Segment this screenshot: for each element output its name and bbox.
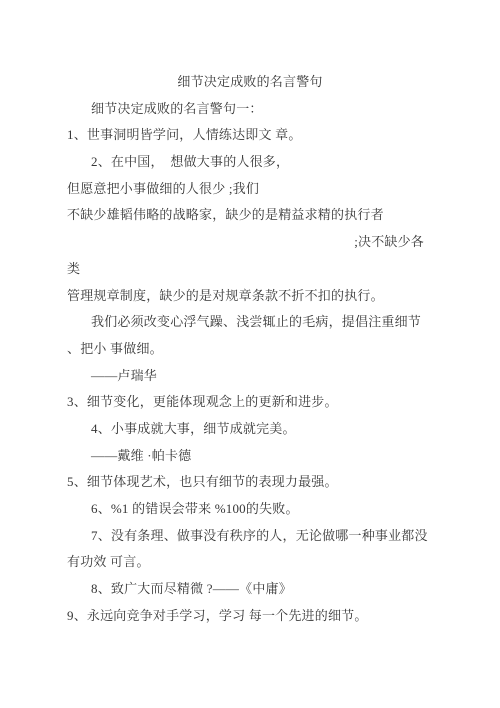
text-line: 不缺少雄韬伟略的战略家，缺少的是精益求精的执行者: [67, 202, 433, 229]
document-title: 细节决定成败的名言警句: [67, 69, 433, 96]
text-line: 管理规章制度，缺少的是对规章条款不折不扣的执行。: [67, 283, 433, 310]
text-line: ;决不缺少各: [67, 229, 433, 256]
text-line: 3、细节变化，更能体现观念上的更新和进步。: [67, 389, 433, 416]
text-line: 6、%1 的错误会带来 %100的失败。: [67, 496, 433, 523]
text-line: 、把小 事做细。: [67, 336, 433, 363]
text-line: ——卢瑞华: [67, 363, 433, 390]
document-body: 细节决定成败的名言警句细节决定成败的名言警句一：1、世事洞明皆学问，人情练达即文…: [67, 69, 433, 629]
text-line: 1、世事洞明皆学问，人情练达即文 章。: [67, 122, 433, 149]
text-line: 细节决定成败的名言警句一：: [67, 96, 433, 123]
text-line: ——戴维 ·帕卡德: [67, 443, 433, 470]
text-line: 7、没有条理、做事没有秩序的人，无论做哪一种事业都没: [67, 523, 433, 550]
text-line: 有功效 可言。: [67, 549, 433, 576]
text-line: 4、小事成就大事，细节成就完美。: [67, 416, 433, 443]
text-line: 9、永远向竞争对手学习，学习 每一个先进的细节。: [67, 603, 433, 630]
text-line: 类: [67, 256, 433, 283]
text-line: 我们必须改变心浮气躁、浅尝辄止的毛病，提倡注重细节: [67, 309, 433, 336]
text-line: 但愿意把小事做细的人很少 ;我们: [67, 176, 433, 203]
text-line: 8、致广大而尽精微 ?——《中庸》: [67, 576, 433, 603]
document-page: 细节决定成败的名言警句细节决定成败的名言警句一：1、世事洞明皆学问，人情练达即文…: [0, 0, 500, 708]
text-line: 5、细节体现艺术，也只有细节的表现力最强。: [67, 469, 433, 496]
text-line: 2、在中国， 想做大事的人很多，: [67, 149, 433, 176]
